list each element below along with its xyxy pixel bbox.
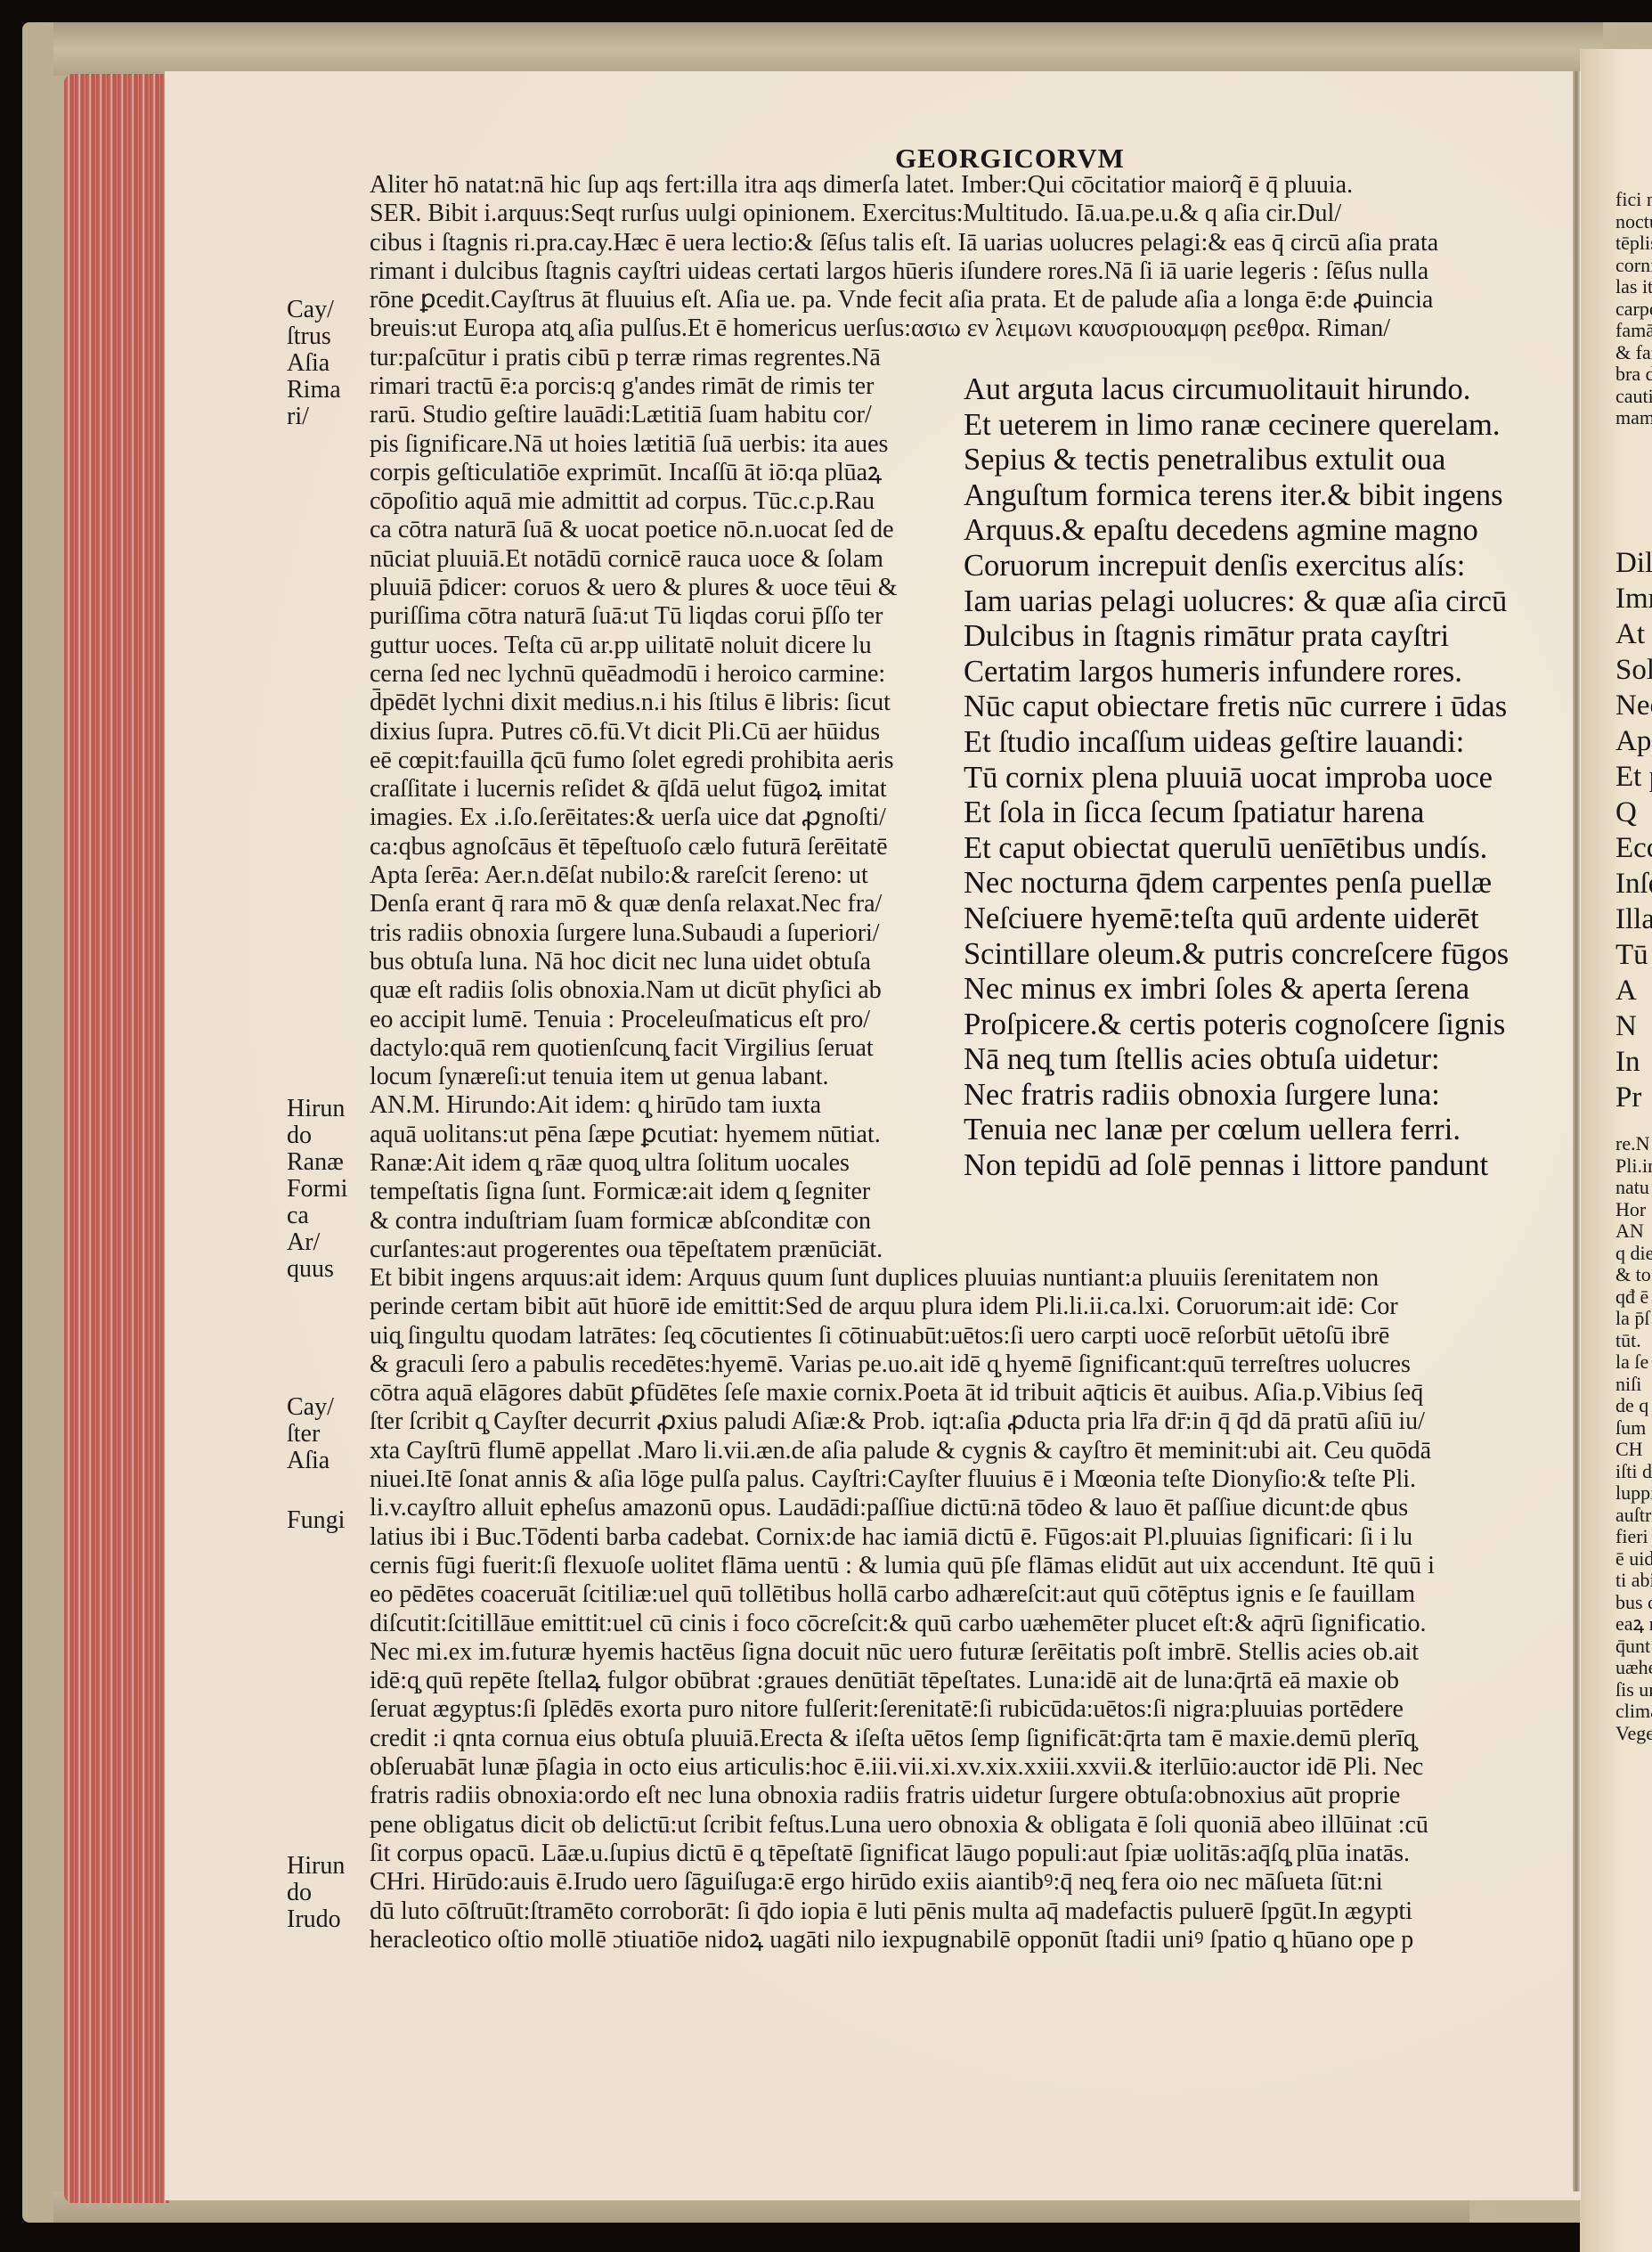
commentary-line: latius ibi i Buc.Tōdenti barba cadebat. … bbox=[370, 1523, 1435, 1552]
commentary-line: dū luto cōſtruūt:ſtramēto corroborāt: ſi… bbox=[370, 1897, 1435, 1926]
verse-line: Iam uarias pelagi uolucres: & quæ aſia c… bbox=[964, 584, 1509, 620]
right-page-text-fragment: & fam bbox=[1615, 342, 1652, 364]
verse-line: Et ſtudio incaſſum uideas geſtire lauand… bbox=[964, 725, 1509, 761]
right-page-text-fragment: App bbox=[1615, 723, 1652, 759]
right-page-text-fragment: iſti di bbox=[1615, 1461, 1652, 1483]
commentary-line: SER. Bibit i.arquus:Seqt rurſus uulgi op… bbox=[370, 200, 1438, 228]
right-page-text-fragment: N bbox=[1615, 1008, 1652, 1044]
margin-note-line: Ar/ bbox=[287, 1229, 347, 1256]
right-page-text-fragment: Hor bbox=[1615, 1199, 1652, 1221]
commentary-line: aquā uolitans:ut pēna ſæpe ꝑcutiat: hyem… bbox=[370, 1121, 898, 1149]
commentary-line: perinde certam bibit aūt hūorē ide emitt… bbox=[370, 1293, 1435, 1321]
commentary-line: ſter ſcribit q̧ Cayſter decurrit ꝓxius p… bbox=[370, 1407, 1435, 1436]
right-page-text-fragment: ſum bbox=[1615, 1417, 1652, 1440]
commentary-line: corpis geſticulatiōe exprimūt. Incaſſū ā… bbox=[370, 459, 898, 487]
right-page-text-fragment: q̄unt bbox=[1615, 1636, 1652, 1658]
verse-line: Tenuia nec lanæ per cœlum uellera ferri. bbox=[964, 1113, 1509, 1148]
commentary-line: dactylo:quā rem quotienſcunq̧ facit Virg… bbox=[370, 1034, 898, 1063]
commentary-line: imagies. Ex .i.ſo.ſerēitates:& uerſa uic… bbox=[370, 804, 898, 832]
right-page-text-fragment: re.N bbox=[1615, 1133, 1652, 1155]
right-page-text-fragment: Nec bbox=[1615, 688, 1652, 723]
right-page-fragment-3: re.NPli.innatuHorANq die& toqđ ēla p̄ſtū… bbox=[1615, 1133, 1652, 1744]
commentary-line: pluuiā p̄dicer: coruos & uero & plures &… bbox=[370, 574, 898, 602]
right-page-text-fragment: qđ ē bbox=[1615, 1286, 1652, 1309]
right-page-text-fragment: tūt. bbox=[1615, 1330, 1652, 1352]
margin-note-line: ca bbox=[287, 1203, 347, 1229]
right-page-text-fragment: la p̄ſ bbox=[1615, 1308, 1652, 1330]
commentary-line: tempeſtatis ſigna ſunt. Formicæ:ait idem… bbox=[370, 1178, 898, 1206]
right-page-text-fragment: Ecc bbox=[1615, 830, 1652, 866]
commentary-line: Nec mi.ex im.futuræ hyemis hactēus ſigna… bbox=[370, 1638, 1435, 1667]
verse-line: Certatim largos humeris infundere rores. bbox=[964, 655, 1509, 690]
right-page-text-fragment: A bbox=[1615, 973, 1652, 1008]
verse-line: Dulcibus in ſtagnis rimātur prata cayſtr… bbox=[964, 619, 1509, 655]
right-page-text-fragment: la ſe bbox=[1615, 1351, 1652, 1374]
commentary-line: breuis:ut Europa atq̧ aſia pulſus.Et ē h… bbox=[370, 314, 1438, 343]
verse-line: Tū cornix plena pluuiā uocat improba uoc… bbox=[964, 761, 1509, 796]
right-page-text-fragment: uæhe bbox=[1615, 1657, 1652, 1679]
commentary-line: dixius ſupra. Putres cō.fū.Vt dicit Pli.… bbox=[370, 718, 898, 747]
commentary-line: AN.M. Hirundo:Ait idem: q̧ hirūdo tam iu… bbox=[370, 1091, 898, 1120]
commentary-line: ſit corpus opacū. Lāæ.u.ſupius dictū ē q… bbox=[370, 1840, 1435, 1868]
margin-note-line: Hirun bbox=[287, 1853, 345, 1880]
commentary-line: tur:paſcūtur i pratis cibū p terræ rimas… bbox=[370, 344, 1438, 372]
margin-note-line: Aſia bbox=[287, 1448, 334, 1474]
right-page-text-fragment: Soli bbox=[1615, 652, 1652, 688]
commentary-line: Et bibit ingens arquus:ait idem: Arquus … bbox=[370, 1264, 1435, 1293]
commentary-line: tris radiis obnoxia ſurgere luna.Subaudi… bbox=[370, 919, 898, 948]
margin-note-line: Aſia bbox=[287, 350, 341, 377]
right-page-text-fragment: At n bbox=[1615, 616, 1652, 652]
commentary-line: locum ſynæreſi:ut tenuia item ut genua l… bbox=[370, 1063, 898, 1091]
running-head: GEORGICORVM bbox=[895, 143, 1125, 175]
margin-note: Cay/ſterAſia bbox=[287, 1394, 334, 1474]
right-page-text-fragment: CH bbox=[1615, 1439, 1652, 1461]
margin-note-line: do bbox=[287, 1122, 347, 1149]
commentary-line: diſcutit:ſcitillāue emittit:uel cū cinis… bbox=[370, 1610, 1435, 1638]
margin-note-line: Fungi bbox=[287, 1507, 345, 1534]
verse-line: Sepius & tectis penetralibus extulit oua bbox=[964, 443, 1509, 478]
commentary-line: obſeruabāt lunæ p̄ſagia in octo eius art… bbox=[370, 1753, 1435, 1782]
right-page-text-fragment: mam bbox=[1615, 407, 1652, 429]
margin-note-line: ri/ bbox=[287, 404, 341, 430]
verse-line: Anguſtum formica terens iter.& bibit ing… bbox=[964, 478, 1509, 514]
margin-note: HirundoIrudo bbox=[287, 1853, 345, 1933]
verse-line: Arquus.& epaſtu decedens agmine magno bbox=[964, 513, 1509, 549]
right-page-text-fragment: bus co bbox=[1615, 1592, 1652, 1614]
margin-note-line: ſter bbox=[287, 1421, 334, 1448]
commentary-line: guttur uoces. Teſta cū ar.pp uilitatē no… bbox=[370, 632, 898, 660]
commentary-line: cerna ſed nec lychnū quēadmodū i heroico… bbox=[370, 660, 898, 689]
commentary-line: craſſitate i lucernis reſidet & q̄ſdā ue… bbox=[370, 775, 898, 804]
right-page-text-fragment: ſis un bbox=[1615, 1679, 1652, 1701]
commentary-line: ca cōtra naturā ſuā & uocat poetice nō.n… bbox=[370, 516, 898, 544]
right-page-text-fragment: ti abit bbox=[1615, 1570, 1652, 1592]
commentary-top-block: Aliter hō natat:nā hic ſup aqs fert:illa… bbox=[370, 171, 1438, 372]
verse-line: Coruorum increpuit denſis exercitus alís… bbox=[964, 549, 1509, 584]
commentary-line: idē:q̧ quū repēte ſtellaꝝ fulgor obūbrat… bbox=[370, 1667, 1435, 1695]
right-page-text-fragment: AN bbox=[1615, 1220, 1652, 1243]
commentary-line: bus obtuſa luna. Nā hoc dicit nec luna u… bbox=[370, 948, 898, 976]
right-page-text-fragment: Pli.in bbox=[1615, 1155, 1652, 1178]
margin-note-line: Formi bbox=[287, 1176, 347, 1203]
commentary-line: curſantes:aut progerentes oua tēpeſtatem… bbox=[370, 1236, 898, 1264]
commentary-line: cōpoſitio aquā mie admittit ad corpus. T… bbox=[370, 487, 898, 516]
commentary-line: nūciat pluuiā.Et notādū cornicē rauca uo… bbox=[370, 545, 898, 574]
right-page-fragment-2: DilecImmAt nSoliNecAppEt pQEccInſeIllaTū… bbox=[1615, 545, 1652, 1115]
right-page-text-fragment: luppi bbox=[1615, 1482, 1652, 1505]
commentary-line: pene obligatus dicit ob delictū:ut ſcrib… bbox=[370, 1811, 1435, 1840]
right-page-text-fragment: tēplis & bbox=[1615, 233, 1652, 255]
commentary-line: fratris radiis obnoxia:ordo eſt nec luna… bbox=[370, 1782, 1435, 1810]
commentary-line: CHri. Hirūdo:auis ē.Irudo uero ſāguiſuga… bbox=[370, 1868, 1435, 1897]
right-page-text-fragment: noctua bbox=[1615, 211, 1652, 233]
right-page-text-fragment: In bbox=[1615, 1044, 1652, 1080]
right-page-text-fragment: auſtri bbox=[1615, 1505, 1652, 1527]
verse-line: Proſpicere.& certis poteris cognoſcere ſ… bbox=[964, 1008, 1509, 1043]
margin-note-line: Rima bbox=[287, 377, 341, 404]
margin-note-line: Cay/ bbox=[287, 297, 341, 323]
verse-text-block: Aut arguta lacus circumuolitauit hirundo… bbox=[964, 372, 1509, 1184]
commentary-line: eo pēdētes coaceruāt ſcitiliæ:uel quū to… bbox=[370, 1580, 1435, 1609]
right-page-text-fragment: natu bbox=[1615, 1177, 1652, 1199]
right-page-text-fragment: climat bbox=[1615, 1701, 1652, 1723]
commentary-line: & graculi ſero a pabulis recedētes:hyemē… bbox=[370, 1350, 1435, 1379]
margin-note-line: Cay/ bbox=[287, 1394, 334, 1421]
right-page-text-fragment: ē uide bbox=[1615, 1548, 1652, 1571]
right-page-text-fragment: niſi bbox=[1615, 1374, 1652, 1396]
margin-note: Cay/ſtrusAſiaRimari/ bbox=[287, 297, 341, 430]
verse-line: Scintillare oleum.& putris concreſcere f… bbox=[964, 937, 1509, 973]
book-gutter bbox=[1573, 71, 1580, 2191]
commentary-line: uiq̧ ſingultu quodam latrātes: ſeq̧ cōcu… bbox=[370, 1322, 1435, 1350]
verse-line: Nec nocturna q̄dem carpentes penſa puell… bbox=[964, 866, 1509, 902]
commentary-left-column: rimari tractū ē:a porcis:q g'andes rimāt… bbox=[370, 372, 898, 1264]
margin-note-line: Hirun bbox=[287, 1096, 347, 1122]
margin-note-line: ſtrus bbox=[287, 323, 341, 350]
commentary-line: & contra induſtriam ſuam formicæ abſcond… bbox=[370, 1207, 898, 1236]
margin-note-line: Irudo bbox=[287, 1906, 345, 1933]
right-page-text-fragment: fici non bbox=[1615, 189, 1652, 211]
commentary-line: d̄pēdēt lychni dixit medius.n.i his ſtil… bbox=[370, 689, 898, 717]
right-page-text-fragment: cornice bbox=[1615, 255, 1652, 277]
verse-line: Aut arguta lacus circumuolitauit hirundo… bbox=[964, 372, 1509, 408]
commentary-line: rarū. Studio geſtire lauādi:Lætitiā ſuam… bbox=[370, 401, 898, 429]
verse-line: Et caput obiectat querulū uenīētibus und… bbox=[964, 831, 1509, 867]
book-binding-top-edge bbox=[53, 22, 1603, 76]
commentary-line: ca:qbus agnoſcāus ēt tēpeſtuoſo cælo fut… bbox=[370, 833, 898, 861]
right-page-text-fragment: Q bbox=[1615, 795, 1652, 830]
verse-line: Non tepidū ad ſolē pennas i littore pand… bbox=[964, 1148, 1509, 1184]
right-page-text-fragment: bra di bbox=[1615, 363, 1652, 386]
right-page-text-fragment: Imm bbox=[1615, 581, 1652, 616]
verse-line: Nā neq̧ tum ſtellis acies obtuſa uidetur… bbox=[964, 1042, 1509, 1078]
right-page-text-fragment: Tū bbox=[1615, 937, 1652, 973]
commentary-line: Aliter hō natat:nā hic ſup aqs fert:illa… bbox=[370, 171, 1438, 200]
right-page-text-fragment: las iter bbox=[1615, 276, 1652, 298]
commentary-line: rōne ꝑcedit.Cayſtrus āt fluuius eſt. Aſi… bbox=[370, 286, 1438, 314]
right-page-text-fragment: Dilec bbox=[1615, 545, 1652, 581]
margin-note: HirundoRanæFormicaAr/quus bbox=[287, 1096, 347, 1283]
margin-note-line: quus bbox=[287, 1256, 347, 1283]
commentary-line: credit :i qnta cornua eius obtuſa pluuiā… bbox=[370, 1725, 1435, 1753]
commentary-line: rimari tractū ē:a porcis:q g'andes rimāt… bbox=[370, 372, 898, 401]
right-page-text-fragment: Pr bbox=[1615, 1080, 1652, 1115]
commentary-line: Ranæ:Ait idem q̧ rāæ quoq̧ ultra ſolitum… bbox=[370, 1149, 898, 1178]
red-page-edges bbox=[64, 74, 169, 2203]
right-page-text-fragment: cautio bbox=[1615, 386, 1652, 408]
right-page-text-fragment: & to bbox=[1615, 1264, 1652, 1286]
commentary-line: li.v.cayſtro alluit epheſus amazonū opus… bbox=[370, 1494, 1435, 1522]
commentary-line: ſeruat ægyptus:ſi ſplēdēs exorta puro ni… bbox=[370, 1695, 1435, 1724]
commentary-line: heracleotico oſtio mollē ɔtiuatiōe nidoꝝ… bbox=[370, 1926, 1435, 1954]
right-page-text-fragment: Et p bbox=[1615, 759, 1652, 795]
margin-note-line: do bbox=[287, 1880, 345, 1906]
commentary-line: Apta ſerēa: Aer.n.dēſat nubilo:& rareſci… bbox=[370, 861, 898, 890]
right-page-text-fragment: eaꝝ n bbox=[1615, 1613, 1652, 1636]
right-page-text-fragment: Illa bbox=[1615, 902, 1652, 937]
right-page-text-fragment: carpe c bbox=[1615, 298, 1652, 321]
commentary-line: cernis fūgi fuerit:ſi flexuoſe uolitet f… bbox=[370, 1552, 1435, 1580]
verse-line: Nec minus ex imbri ſoles & aperta ſerena bbox=[964, 972, 1509, 1008]
commentary-bottom-block: Et bibit ingens arquus:ait idem: Arquus … bbox=[370, 1264, 1435, 1954]
verse-line: Nūc caput obiectare fretis nūc currere i… bbox=[964, 689, 1509, 725]
right-page-text-fragment: de q bbox=[1615, 1395, 1652, 1417]
commentary-line: Denſa erant q̄ rara mō & quæ denſa relax… bbox=[370, 890, 898, 918]
right-page-text-fragment: Inſe bbox=[1615, 866, 1652, 902]
margin-note-line: Ranæ bbox=[287, 1149, 347, 1176]
verse-line: Neſciuere hyemē:teſta quū ardente uiderē… bbox=[964, 902, 1509, 937]
right-page-fragment-1: fici nonnoctuatēplis &cornicelas itercar… bbox=[1615, 189, 1652, 429]
right-page-text-fragment: fieri ci bbox=[1615, 1526, 1652, 1548]
commentary-line: cōtra aquā elāgores dabūt ꝑfūdētes ſeſe … bbox=[370, 1379, 1435, 1407]
commentary-line: rimant i dulcibus ſtagnis cayſtri uideas… bbox=[370, 257, 1438, 286]
commentary-line: puriſſima cōtra naturā ſuā:ut Tū liqdas … bbox=[370, 602, 898, 631]
right-page-text-fragment: q die bbox=[1615, 1243, 1652, 1265]
commentary-line: pis ſignificare.Nā ut hoies lætitiā ſuā … bbox=[370, 430, 898, 459]
verse-line: Et ſola in ſicca ſecum ſpatiatur harena bbox=[964, 796, 1509, 831]
commentary-line: eo accipit lumē. Tenuia : Proceleuſmatic… bbox=[370, 1006, 898, 1034]
commentary-line: xta Cayſtrū flumē appellat .Maro li.vii.… bbox=[370, 1437, 1435, 1465]
commentary-line: quæ eſt radiis ſolis obnoxia.Nam ut dicū… bbox=[370, 976, 898, 1005]
commentary-line: eē cœpit:fauilla q̄cū fumo ſolet egredi … bbox=[370, 747, 898, 775]
verse-line: Et ueterem in limo ranæ cecinere querela… bbox=[964, 408, 1509, 444]
verse-line: Nec fratris radiis obnoxia ſurgere luna: bbox=[964, 1078, 1509, 1114]
margin-note: Fungi bbox=[287, 1507, 345, 1534]
commentary-line: cibus i ſtagnis ri.pra.cay.Hæc ē uera le… bbox=[370, 229, 1438, 257]
right-page-text-fragment: Vege bbox=[1615, 1723, 1652, 1745]
commentary-line: niuei.Itē ſonat annis & aſia lōge pulſa … bbox=[370, 1465, 1435, 1494]
right-page-text-fragment: famā c bbox=[1615, 320, 1652, 342]
